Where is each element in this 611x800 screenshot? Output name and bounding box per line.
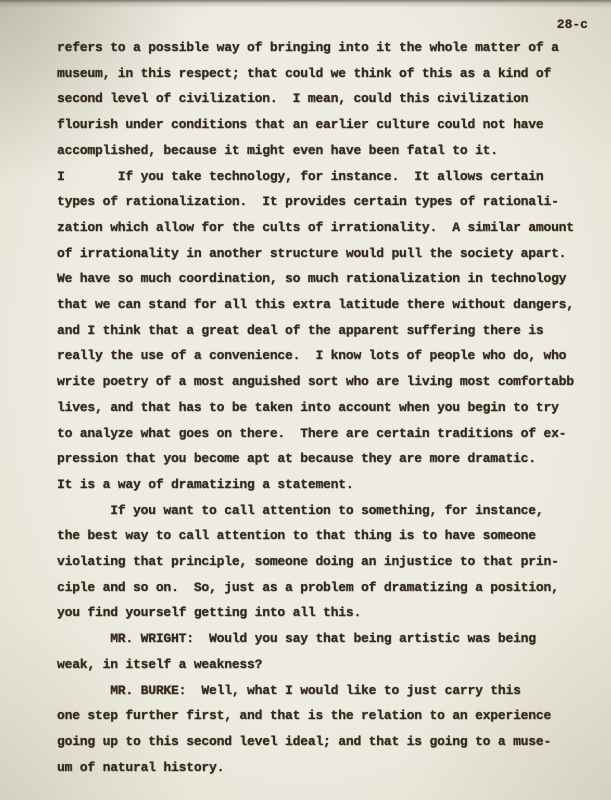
- typed-line: second level of civilization. I mean, co…: [57, 86, 602, 112]
- typed-line: that we can stand for all this extra lat…: [57, 292, 602, 318]
- typed-line: ciple and so on. So, just as a problem o…: [57, 575, 602, 601]
- typed-line: types of rationalization. It provides ce…: [57, 189, 602, 215]
- typed-line: to analyze what goes on there. There are…: [57, 421, 602, 447]
- typed-line: I If you take technology, for instance. …: [57, 164, 602, 190]
- typed-line: going up to this second level ideal; and…: [57, 729, 602, 755]
- typed-line: one step further first, and that is the …: [57, 703, 602, 729]
- typed-line: violating that principle, someone doing …: [57, 549, 602, 575]
- typed-line: museum, in this respect; that could we t…: [57, 61, 602, 87]
- typed-line: We have so much coordination, so much ra…: [57, 266, 602, 292]
- typed-line: It is a way of dramatizing a statement.: [57, 472, 602, 498]
- scanned-document-page: 28-c refers to a possible way of bringin…: [0, 0, 611, 800]
- typed-line: pression that you become apt at because …: [57, 446, 602, 472]
- typed-line: you find yourself getting into all this.: [57, 600, 602, 626]
- typed-line: MR. WRIGHT: Would you say that being art…: [57, 626, 602, 652]
- typed-line: um of natural history.: [57, 755, 602, 781]
- typed-line: weak, in itself a weakness?: [57, 652, 602, 678]
- typed-line: refers to a possible way of bringing int…: [57, 35, 602, 61]
- typed-line: and I think that a great deal of the app…: [57, 318, 602, 344]
- typed-line: lives, and that has to be taken into acc…: [57, 395, 602, 421]
- typed-line: write poetry of a most anguished sort wh…: [57, 369, 602, 395]
- page-number: 28-c: [557, 17, 588, 32]
- typed-line: flourish under conditions that an earlie…: [57, 112, 602, 138]
- typed-line: really the use of a convenience. I know …: [57, 343, 602, 369]
- typed-line: MR. BURKE: Well, what I would like to ju…: [57, 678, 602, 704]
- typed-line: zation which allow for the cults of irra…: [57, 215, 602, 241]
- typed-line: the best way to call attention to that t…: [57, 523, 602, 549]
- typed-line: accomplished, because it might even have…: [57, 138, 602, 164]
- typed-line: If you want to call attention to somethi…: [57, 498, 602, 524]
- typed-lines: refers to a possible way of bringing int…: [57, 35, 602, 780]
- typed-line: of irrationality in another structure wo…: [57, 241, 602, 267]
